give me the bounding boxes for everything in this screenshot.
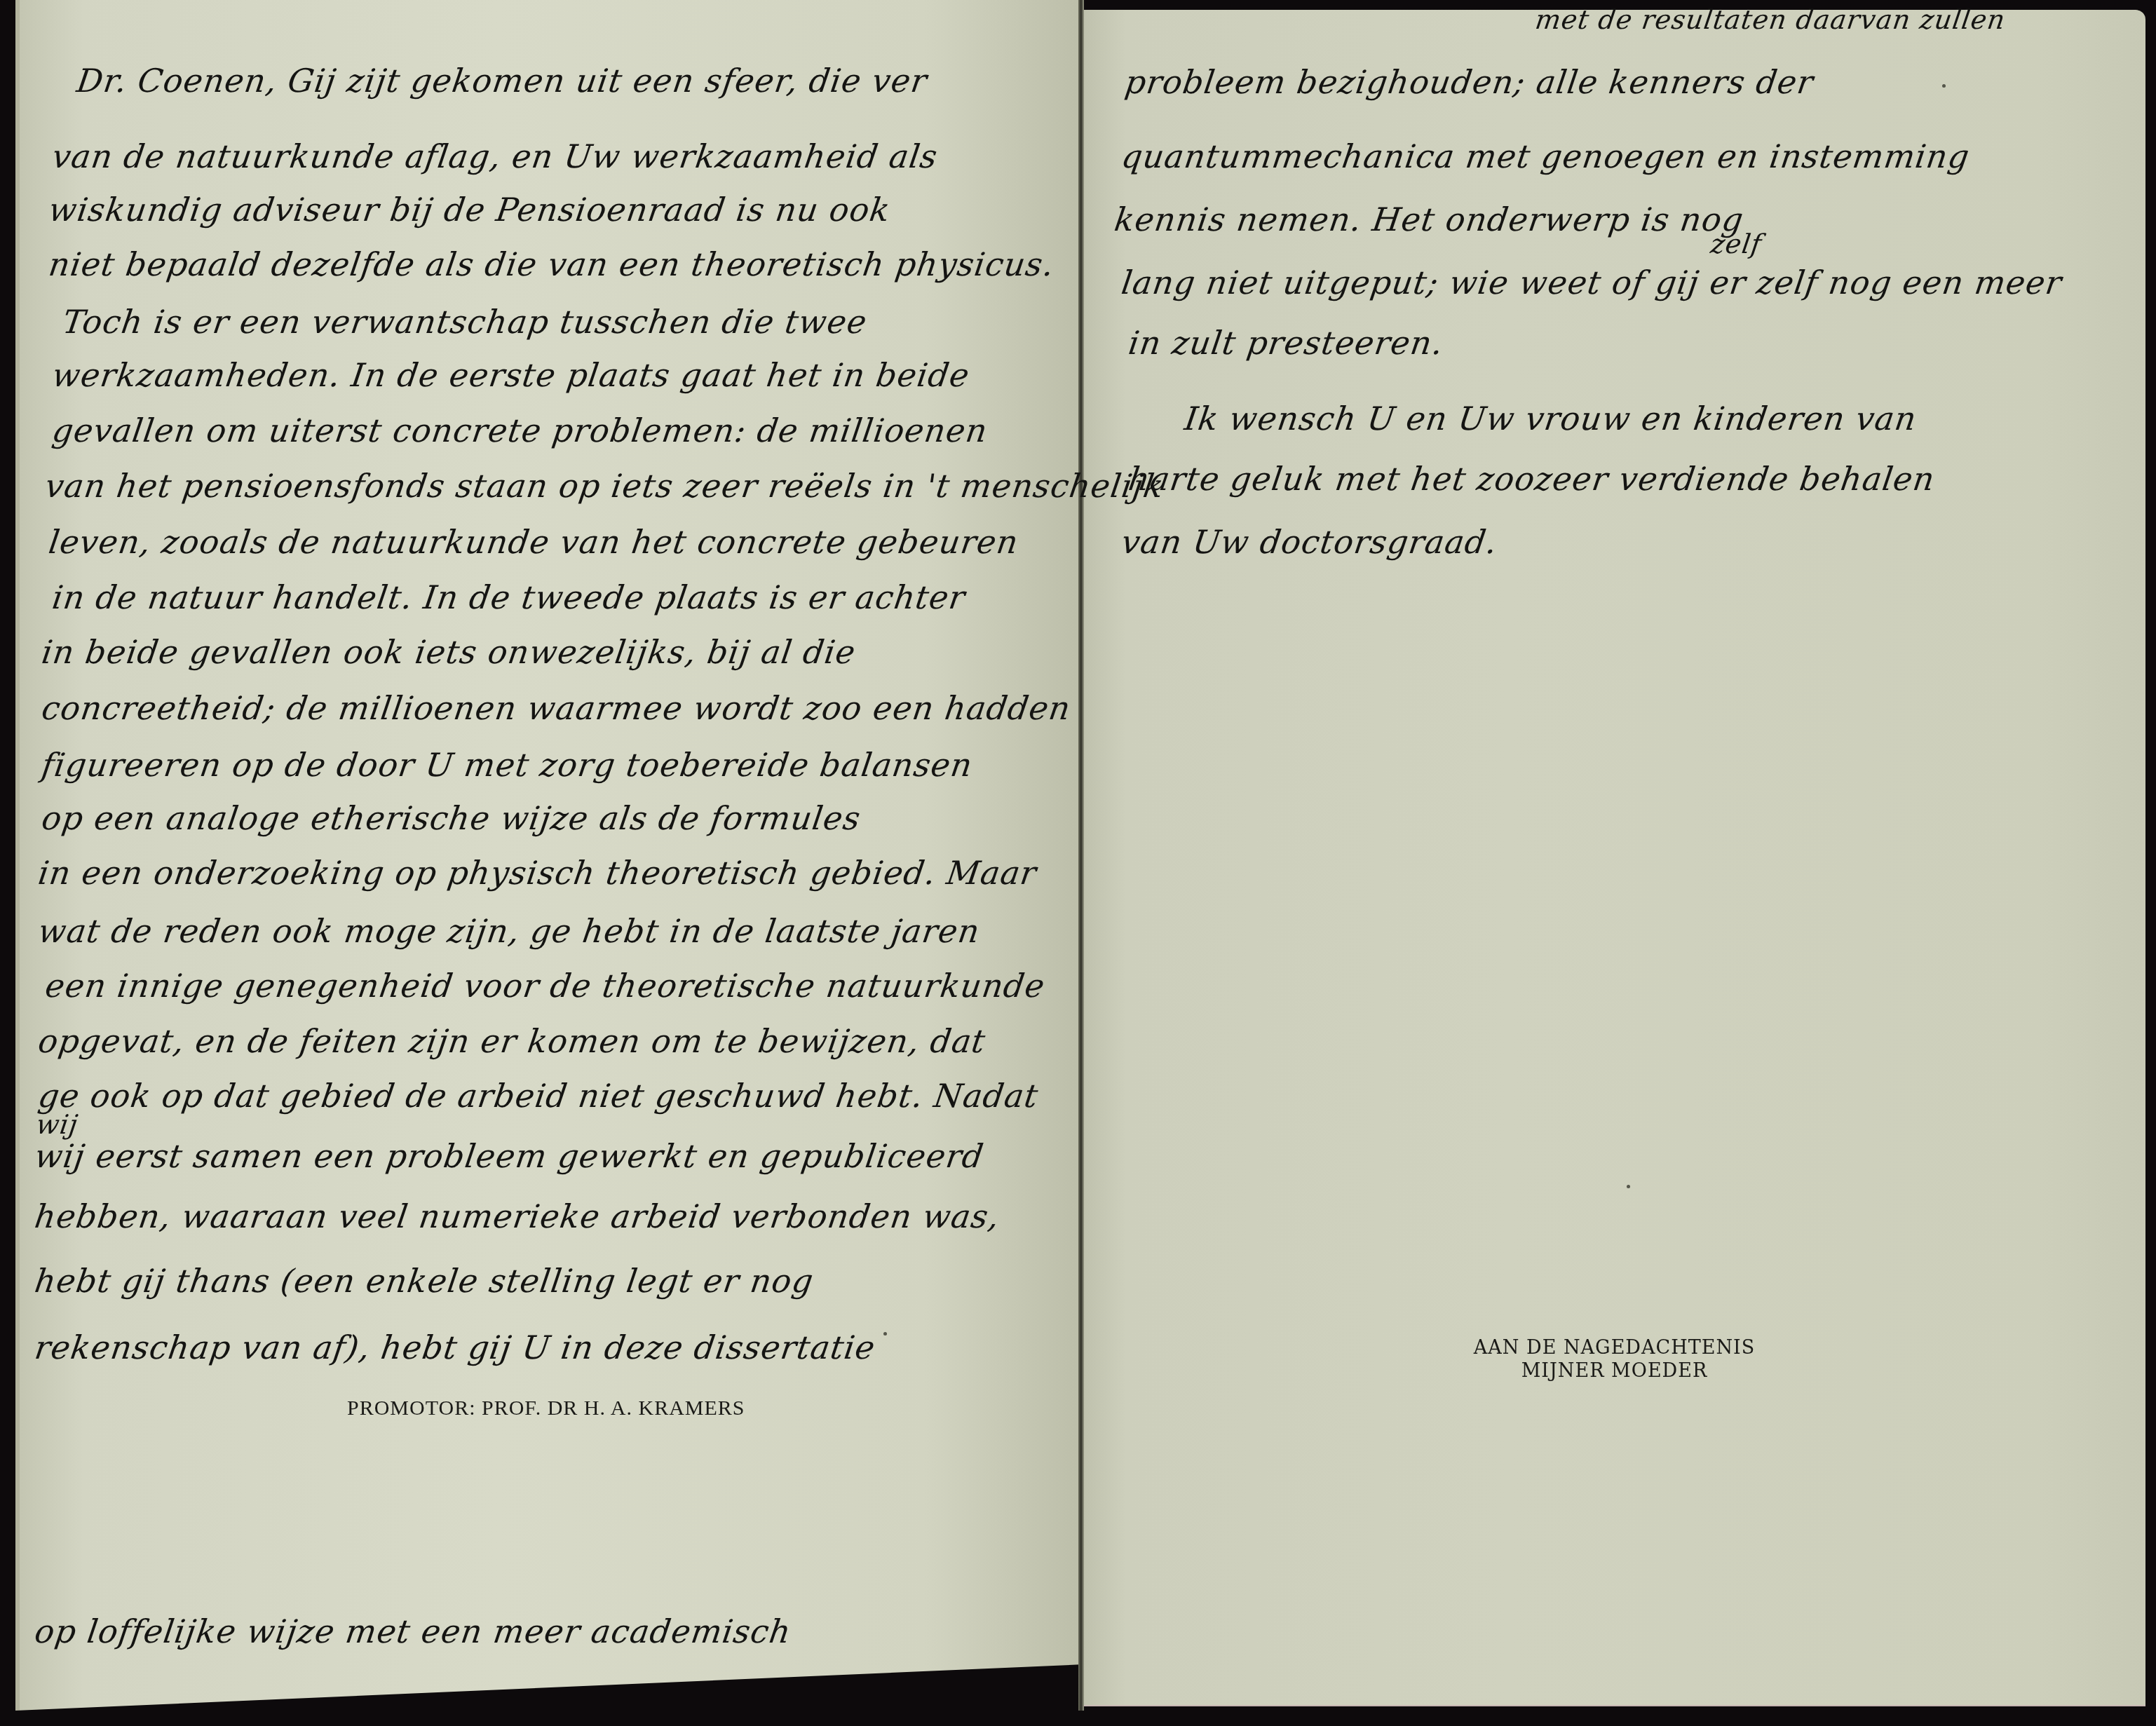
handwritten-line: in een onderzoeking op physisch theoreti… [36,854,1039,892]
handwritten-line: Ik wensch U en Uw vrouw en kinderen van [1182,400,1919,437]
handwritten-line: een innige genegenheid voor de theoretis… [43,967,1048,1005]
handwritten-line: opgevat, en de feiten zijn er komen om t… [36,1022,988,1060]
handwritten-line: op een analoge etherische wijze als de f… [39,799,863,837]
handwritten-line: harte geluk met het zoozeer verdiende be… [1126,460,1937,498]
promotor-line: PROMOTOR: PROF. DR H. A. KRAMERS [347,1397,745,1420]
handwritten-line: van Uw doctorsgraad. [1119,523,1500,561]
handwritten-line: van het pensioensfonds staan op iets zee… [43,467,1166,505]
handwritten-line: lang niet uitgeput; wie weet of gij er z… [1119,264,2064,301]
handwritten-line: figureeren op de door U met zorg toebere… [39,746,975,784]
handwritten-line: ge ook op dat gebied de arbeid niet gesc… [36,1077,1040,1115]
handwritten-line: leven, zooals de natuurkunde van het con… [46,523,1021,561]
handwritten-line: quantummechanica met genoegen en instemm… [1119,137,1972,175]
dedication-line-2: MIJNER MOEDER [1083,1360,2145,1382]
handwritten-insertion: wij [34,1109,81,1140]
handwritten-line: in de natuur handelt. In de tweede plaat… [50,578,968,616]
handwritten-line: in beide gevallen ook iets onwezelijks, … [39,633,858,671]
handwritten-line: kennis nemen. Het onderwerp is nog [1112,201,1746,238]
handwritten-line: hebben, waaraan veel numerieke arbeid ve… [32,1197,1002,1235]
handwritten-line: concreetheid; de millioenen waarmee word… [39,689,1073,727]
handwritten-line: Dr. Coenen, Gij zijt gekomen uit een sfe… [74,62,930,100]
paper-speck [1627,1185,1630,1188]
handwritten-line: wiskundig adviseur bij de Pensioenraad i… [46,191,893,229]
handwritten-line: wat de reden ook moge zijn, ge hebt in d… [36,912,982,950]
handwritten-line: niet bepaald dezelfde als die van een th… [46,245,1057,283]
handwritten-line: in zult presteeren. [1126,324,1446,362]
handwritten-line: probleem bezighouden; alle kenners der [1123,63,1816,101]
handwritten-line: op loffelijke wijze met een meer academi… [32,1612,794,1650]
handwritten-insertion: met de resultaten daarvan zullen [1533,4,2007,35]
handwritten-line: van de natuurkunde aflag, en Uw werkzaam… [50,137,940,175]
book-gutter [1078,0,1084,1711]
handwritten-line: hebt gij thans (een enkele stelling legt… [32,1262,816,1300]
handwritten-line: Toch is er een verwantschap tusschen die… [60,303,869,341]
handwritten-line: werkzaamheden. In de eerste plaats gaat … [50,356,972,394]
handwritten-line: rekenschap van af), hebt gij U in deze d… [32,1329,878,1366]
paper-speck [1942,84,1946,88]
dedication-line-1: AAN DE NAGEDACHTENIS [1083,1337,2145,1359]
handwritten-superscript: zelf [1709,229,1764,259]
handwritten-line: wij eerst samen een probleem gewerkt en … [32,1137,986,1175]
handwritten-line: gevallen om uiterst concrete problemen: … [50,412,990,449]
paper-speck [883,1332,887,1336]
